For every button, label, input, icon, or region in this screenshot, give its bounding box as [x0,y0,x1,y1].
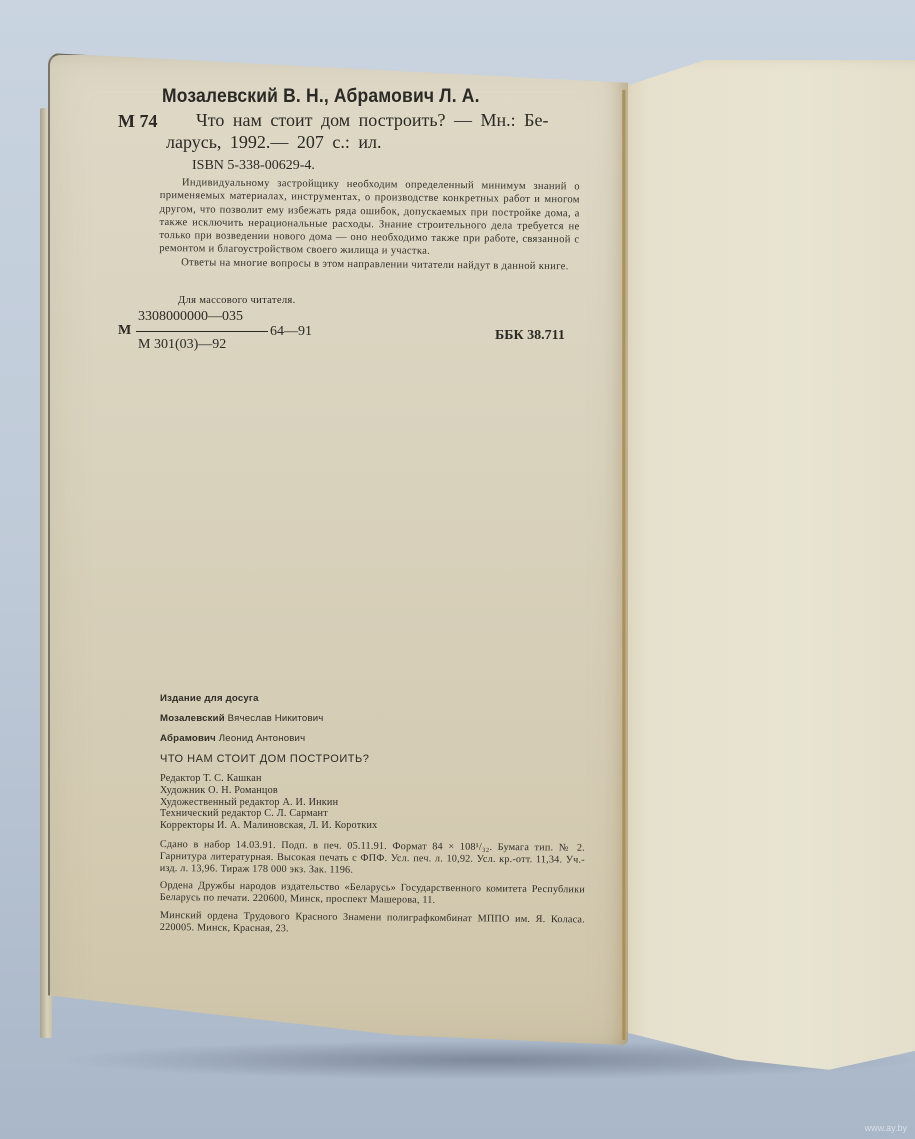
book-gutter [622,90,626,1040]
credit-line: Технический редактор С. Л. Сармант [160,808,585,820]
bibliographic-title-line1: Что нам стоит дом построить? — Мн.: Бе- [196,110,548,131]
edition-type: Издание для досуга [160,693,585,704]
classification-denominator: М 301(03)—92 [138,337,226,353]
watermark: www.ay.by [865,1123,907,1133]
authors-heading: Мозалевский В. Н., Абрамович Л. А. [162,86,480,108]
credit-line: Корректоры И. А. Малиновская, Л. И. Коро… [160,820,585,832]
audience-note: Для массового читателя. [178,295,296,306]
colophon-title: ЧТО НАМ СТОИТ ДОМ ПОСТРОИТЬ? [160,753,585,765]
author-given-names: Вячеслав Никитович [225,713,324,724]
call-number: М 74 [118,111,158,132]
author-given-names: Леонид Антонович [216,733,305,744]
annotation: Индивидуальному застройщику необходим оп… [159,176,580,273]
bibliographic-title-line2: ларусь, 1992.— 207 с.: ил. [166,132,382,153]
classification-tail: 64—91 [270,324,312,340]
classification-numerator: 3308000000—035 [138,309,243,325]
bbk-code: ББК 38.711 [495,328,565,344]
author-full-name: Мозалевский Вячеслав Никитович [160,713,585,724]
colophon: Издание для досуга Мозалевский Вячеслав … [160,693,585,934]
printer-info: Минский ордена Трудового Красного Знамен… [160,910,585,938]
credit-line: Художник О. Н. Романцов [160,785,585,797]
annotation-paragraph: Индивидуальному застройщику необходим оп… [159,176,580,260]
classification-block: М 3308000000—035 М 301(03)—92 64—91 ББК … [118,309,588,363]
fraction-line [136,331,268,332]
print-info: Сдано в набор 14.03.91. Подп. в печ. 05.… [160,839,585,878]
credit-line: Художественный редактор А. И. Инкин [160,797,585,809]
right-blank-page [612,60,915,1080]
author-full-name: Абрамович Леонид Антонович [160,733,585,744]
author-surname: Абрамович [160,733,216,744]
publisher-info: Ордена Дружбы народов издательство «Бела… [160,880,585,908]
isbn: ISBN 5-338-00629-4. [192,158,315,174]
photo-scene: Мозалевский В. Н., Абрамович Л. А. М 74 … [0,0,915,1139]
author-surname: Мозалевский [160,713,225,724]
classification-prefix: М [118,323,131,339]
credit-line: Редактор Т. С. Кашкан [160,773,585,785]
